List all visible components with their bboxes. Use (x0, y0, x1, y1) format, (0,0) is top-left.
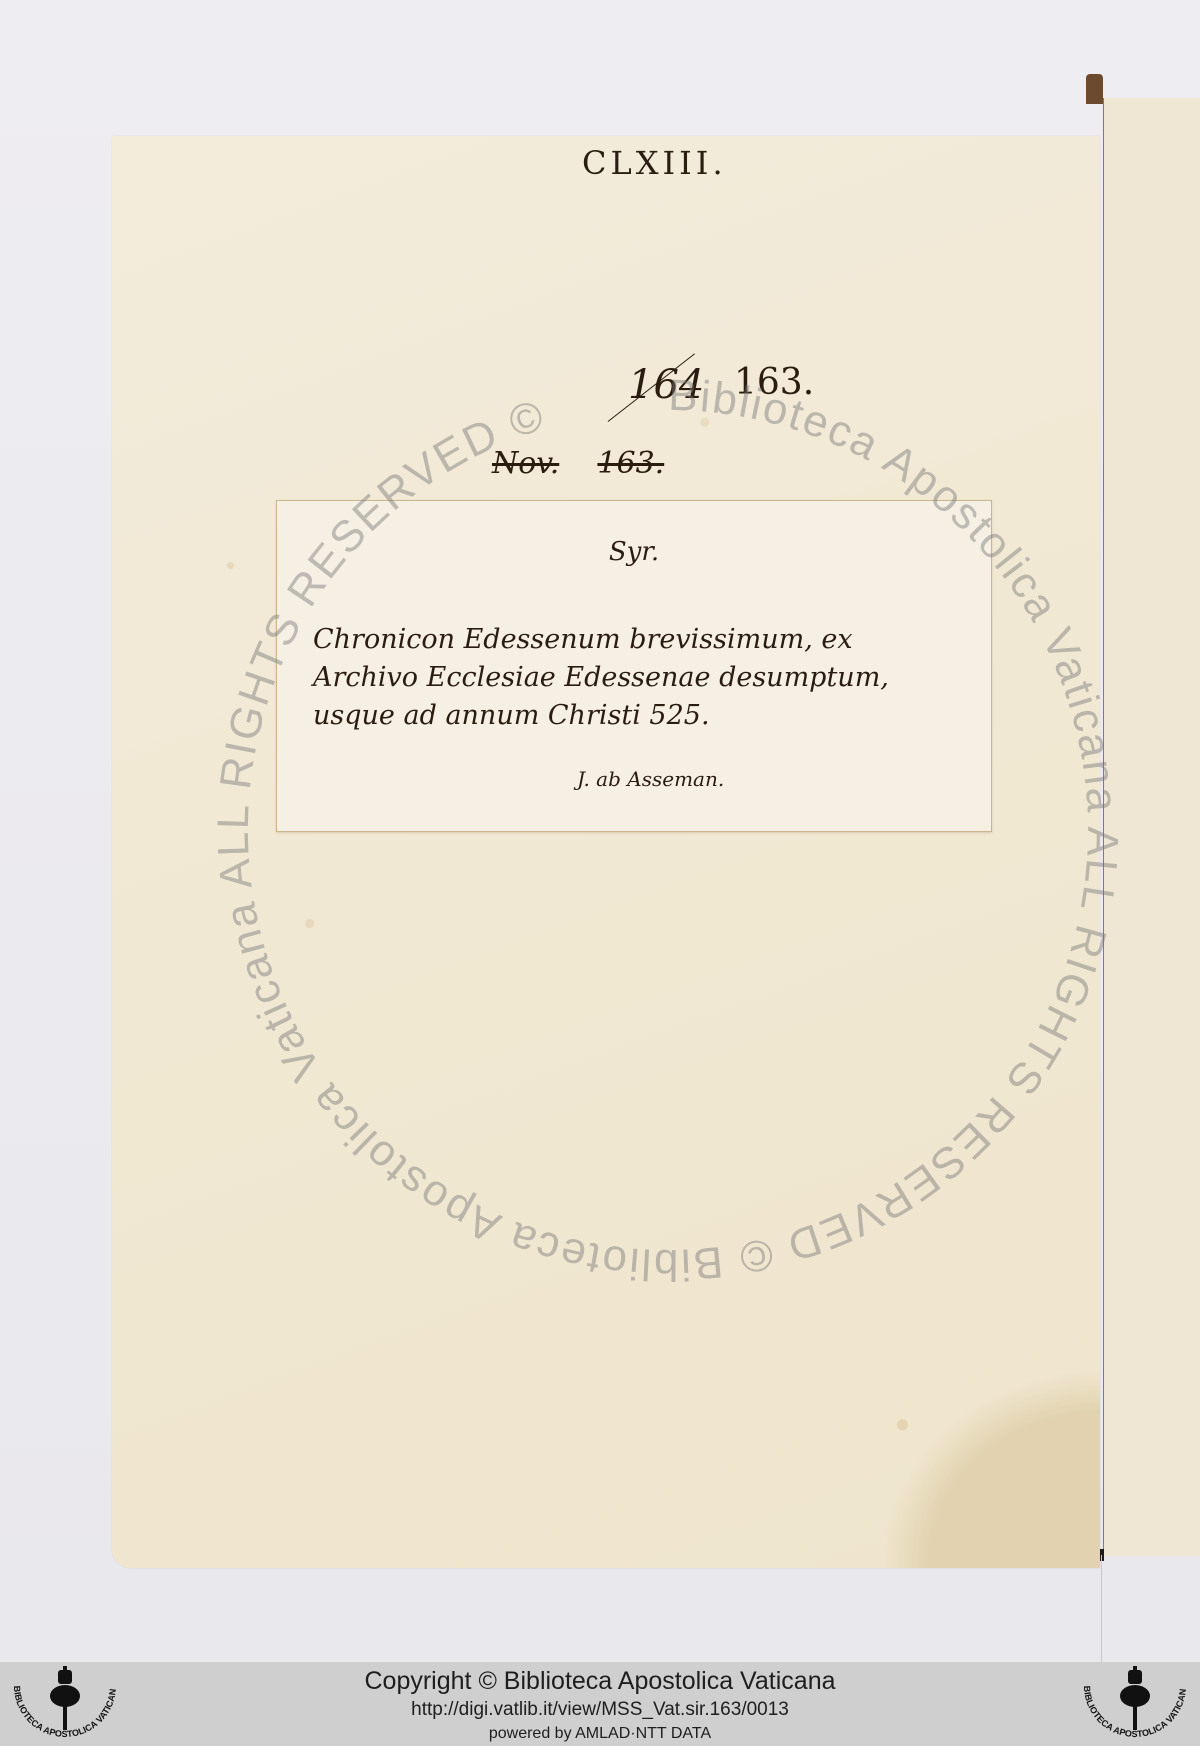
pasted-label: Syr. Chronicon Edessenum brevissimum, ex… (276, 500, 992, 832)
book-spine-top (1086, 74, 1103, 104)
footer-powered-by: powered by AMLAD·NTT DATA (0, 1725, 1200, 1743)
footer-copyright: Copyright © Biblioteca Apostolica Vatica… (0, 1667, 1200, 1696)
old-shelf-line: Nov. 163. (492, 446, 664, 481)
gutter-line (1101, 1555, 1102, 1662)
footer-bar: BIBLIOTECA APOSTOLICA VATICANA Copyright… (0, 1662, 1200, 1746)
vatican-library-logo-icon: BIBLIOTECA APOSTOLICA VATICANA (1070, 1664, 1200, 1746)
label-language: Syr. (277, 537, 991, 567)
label-description: Chronicon Edessenum brevissimum, ex Arch… (313, 621, 963, 735)
old-shelf-number: 163. (597, 446, 664, 481)
facing-page (1103, 98, 1200, 1556)
roman-shelfmark: CLXIII. (582, 144, 702, 182)
old-shelf-prefix: Nov. (492, 446, 559, 481)
manuscript-page: CLXIII. 164 163. Nov. 163. Syr. Chronico… (112, 136, 1100, 1568)
old-number-struck: 164 (628, 362, 704, 408)
current-number: 163. (734, 362, 814, 403)
footer-url-link[interactable]: http://digi.vatlib.it/view/MSS_Vat.sir.1… (0, 1699, 1200, 1721)
water-stain (880, 1368, 1100, 1568)
label-signature: J. ab Asseman. (577, 767, 724, 791)
